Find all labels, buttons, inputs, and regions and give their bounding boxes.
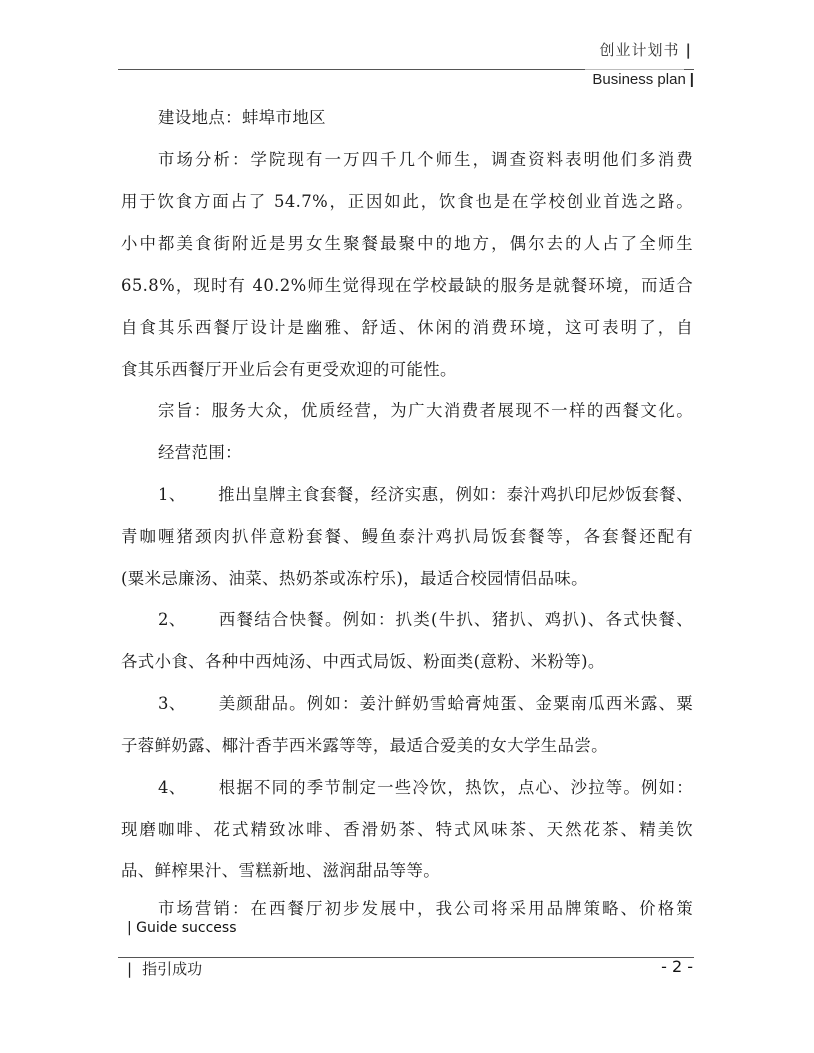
paragraph-line: 品、鲜榨果汁、雪糕新地、滋润甜品等等。	[121, 859, 693, 883]
paragraph-line: 现磨咖啡、花式精致冰啡、香滑奶茶、特式风味茶、天然花茶、精美饮	[121, 818, 693, 842]
paragraph-line: (粟米忌廉汤、油菜、热奶茶或冻柠乐)，最适合校园情侣品味。	[121, 567, 693, 591]
document-page: 创业计划书| Business plan| 建设地点：蚌埠市地区 市场分析：学院…	[0, 0, 814, 1053]
list-item-text: 西餐结合快餐。例如：扒类(牛扒、猪扒、鸡扒)、各式快餐、	[218, 610, 693, 629]
list-item-2: 2、西餐结合快餐。例如：扒类(牛扒、猪扒、鸡扒)、各式快餐、	[158, 608, 693, 632]
footer-separator: |	[127, 960, 132, 978]
list-item-text: 根据不同的季节制定一些冷饮，热饮，点心、沙拉等。例如：	[218, 778, 693, 797]
list-item-text: 美颜甜品。例如：姜汁鲜奶雪蛤膏炖蛋、金粟南瓜西米露、粟	[218, 694, 693, 713]
paragraph-line: 青咖喱猪颈肉扒伴意粉套餐、鳗鱼泰汁鸡扒局饭套餐等，各套餐还配有	[121, 525, 693, 549]
footer-guide-cn-text: 指引成功	[142, 960, 202, 978]
list-item-4: 4、根据不同的季节制定一些冷饮，热饮，点心、沙拉等。例如：	[158, 776, 693, 800]
list-number: 2、	[158, 608, 218, 632]
header-rule-thin	[585, 69, 684, 70]
page-number: - 2 -	[661, 957, 693, 976]
header-title-cn-text: 创业计划书	[600, 41, 680, 59]
header-separator: |	[686, 41, 692, 59]
paragraph-location: 建设地点：蚌埠市地区	[158, 106, 693, 130]
paragraph-marketing: 市场营销：在西餐厅初步发展中，我公司将采用品牌策略、价格策	[158, 897, 693, 921]
list-item-1: 1、推出皇牌主食套餐，经济实惠，例如：泰汁鸡扒印尼炒饭套餐、	[158, 483, 693, 507]
header-title-cn: 创业计划书|	[600, 39, 693, 60]
paragraph-line: 食其乐西餐厅开业后会有更受欢迎的可能性。	[121, 358, 693, 382]
list-item-3: 3、美颜甜品。例如：姜汁鲜奶雪蛤膏炖蛋、金粟南瓜西米露、粟	[158, 692, 693, 716]
paragraph-line: 65.8%，现时有 40.2%师生觉得现在学校最缺的服务是就餐环境，而适合	[121, 274, 693, 298]
footer-guide-success: | Guide success	[127, 920, 237, 936]
footer-guide-cn: |指引成功	[127, 958, 202, 979]
list-number: 3、	[158, 692, 218, 716]
header-separator-en: |	[690, 71, 694, 88]
paragraph-line: 各式小食、各种中西炖汤、中西式局饭、粉面类(意粉、米粉等)。	[121, 650, 693, 674]
paragraph-line: 用于饮食方面占了 54.7%，正因如此，饮食也是在学校创业首选之路。	[121, 190, 693, 214]
paragraph-line: 自食其乐西餐厅设计是幽雅、舒适、休闲的消费环境，这可表明了，自	[121, 316, 693, 340]
paragraph-business-scope: 经营范围：	[158, 441, 693, 465]
footer-rule	[118, 957, 694, 958]
list-number: 4、	[158, 776, 218, 800]
list-item-text: 推出皇牌主食套餐，经济实惠，例如：泰汁鸡扒印尼炒饭套餐、	[218, 485, 693, 504]
paragraph-market-analysis: 市场分析：学院现有一万四千几个师生，调查资料表明他们多消费	[158, 148, 693, 172]
paragraph-line: 子蓉鲜奶露、椰汁香芋西米露等等，最适合爱美的女大学生品尝。	[121, 734, 693, 758]
paragraph-mission: 宗旨：服务大众，优质经营，为广大消费者展现不一样的西餐文化。	[158, 399, 693, 423]
header-title-en-text: Business plan	[592, 71, 685, 88]
header-title-en: Business plan|	[592, 71, 694, 88]
paragraph-line: 小中都美食街附近是男女生聚餐最聚中的地方，偶尔去的人占了全师生	[121, 232, 693, 256]
list-number: 1、	[158, 483, 218, 507]
